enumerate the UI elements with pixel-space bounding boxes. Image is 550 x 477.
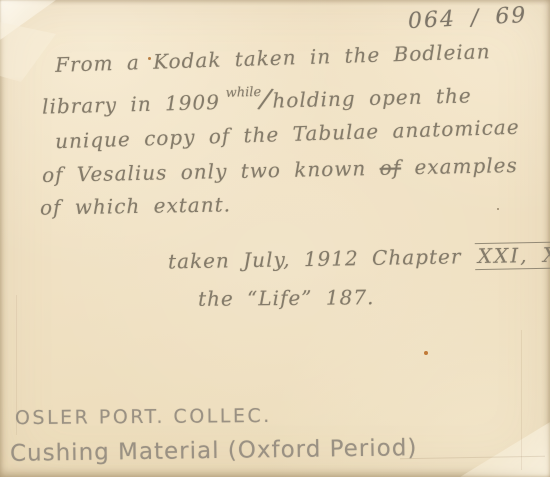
paper-speck: [424, 351, 428, 355]
note-line-2-start: library in 1909: [42, 90, 220, 119]
scanned-note-card: 064 / 69 From a Kodak taken in the Bodle…: [0, 0, 550, 477]
catalog-number: 064 / 69: [407, 3, 528, 34]
paper-chip-top-left: [0, 0, 56, 40]
note-line-4: of Vesalius only two known of examples: [42, 153, 518, 187]
note-line-1: From a Kodak taken in the Bodleian: [55, 39, 491, 77]
note-line-4-end: examples: [414, 153, 518, 179]
note-line-2: library in 1909while/holding open the: [42, 78, 472, 120]
note-line-5: of which extant.: [40, 192, 231, 219]
paper-chip-bottom-right: [460, 422, 550, 477]
citation-taken-prefix: taken July, 1912 Chapter: [168, 244, 462, 273]
note-line-3: unique copy of the Tabulae anatomicae: [55, 115, 520, 154]
note-line-2-end: holding open the: [272, 83, 472, 112]
citation-life-line: the “Life” 187.: [198, 285, 375, 311]
collection-stamp-line-1: OSLER PORT. COLLEC.: [15, 405, 272, 429]
note-struck-word: of: [379, 155, 401, 179]
citation-taken-line: taken July, 1912 Chapter XXI, X: [168, 243, 550, 274]
note-insert-while: while: [225, 85, 261, 101]
paper-crease-right: [521, 330, 522, 470]
paper-speck: [497, 208, 499, 210]
paper-crease-horizontal: [400, 456, 545, 460]
citation-chapter-ref: XXI, X: [475, 242, 550, 271]
collection-stamp-line-2: Cushing Material (Oxford Period): [10, 435, 418, 467]
note-line-4-start: of Vesalius only two known: [42, 156, 367, 187]
